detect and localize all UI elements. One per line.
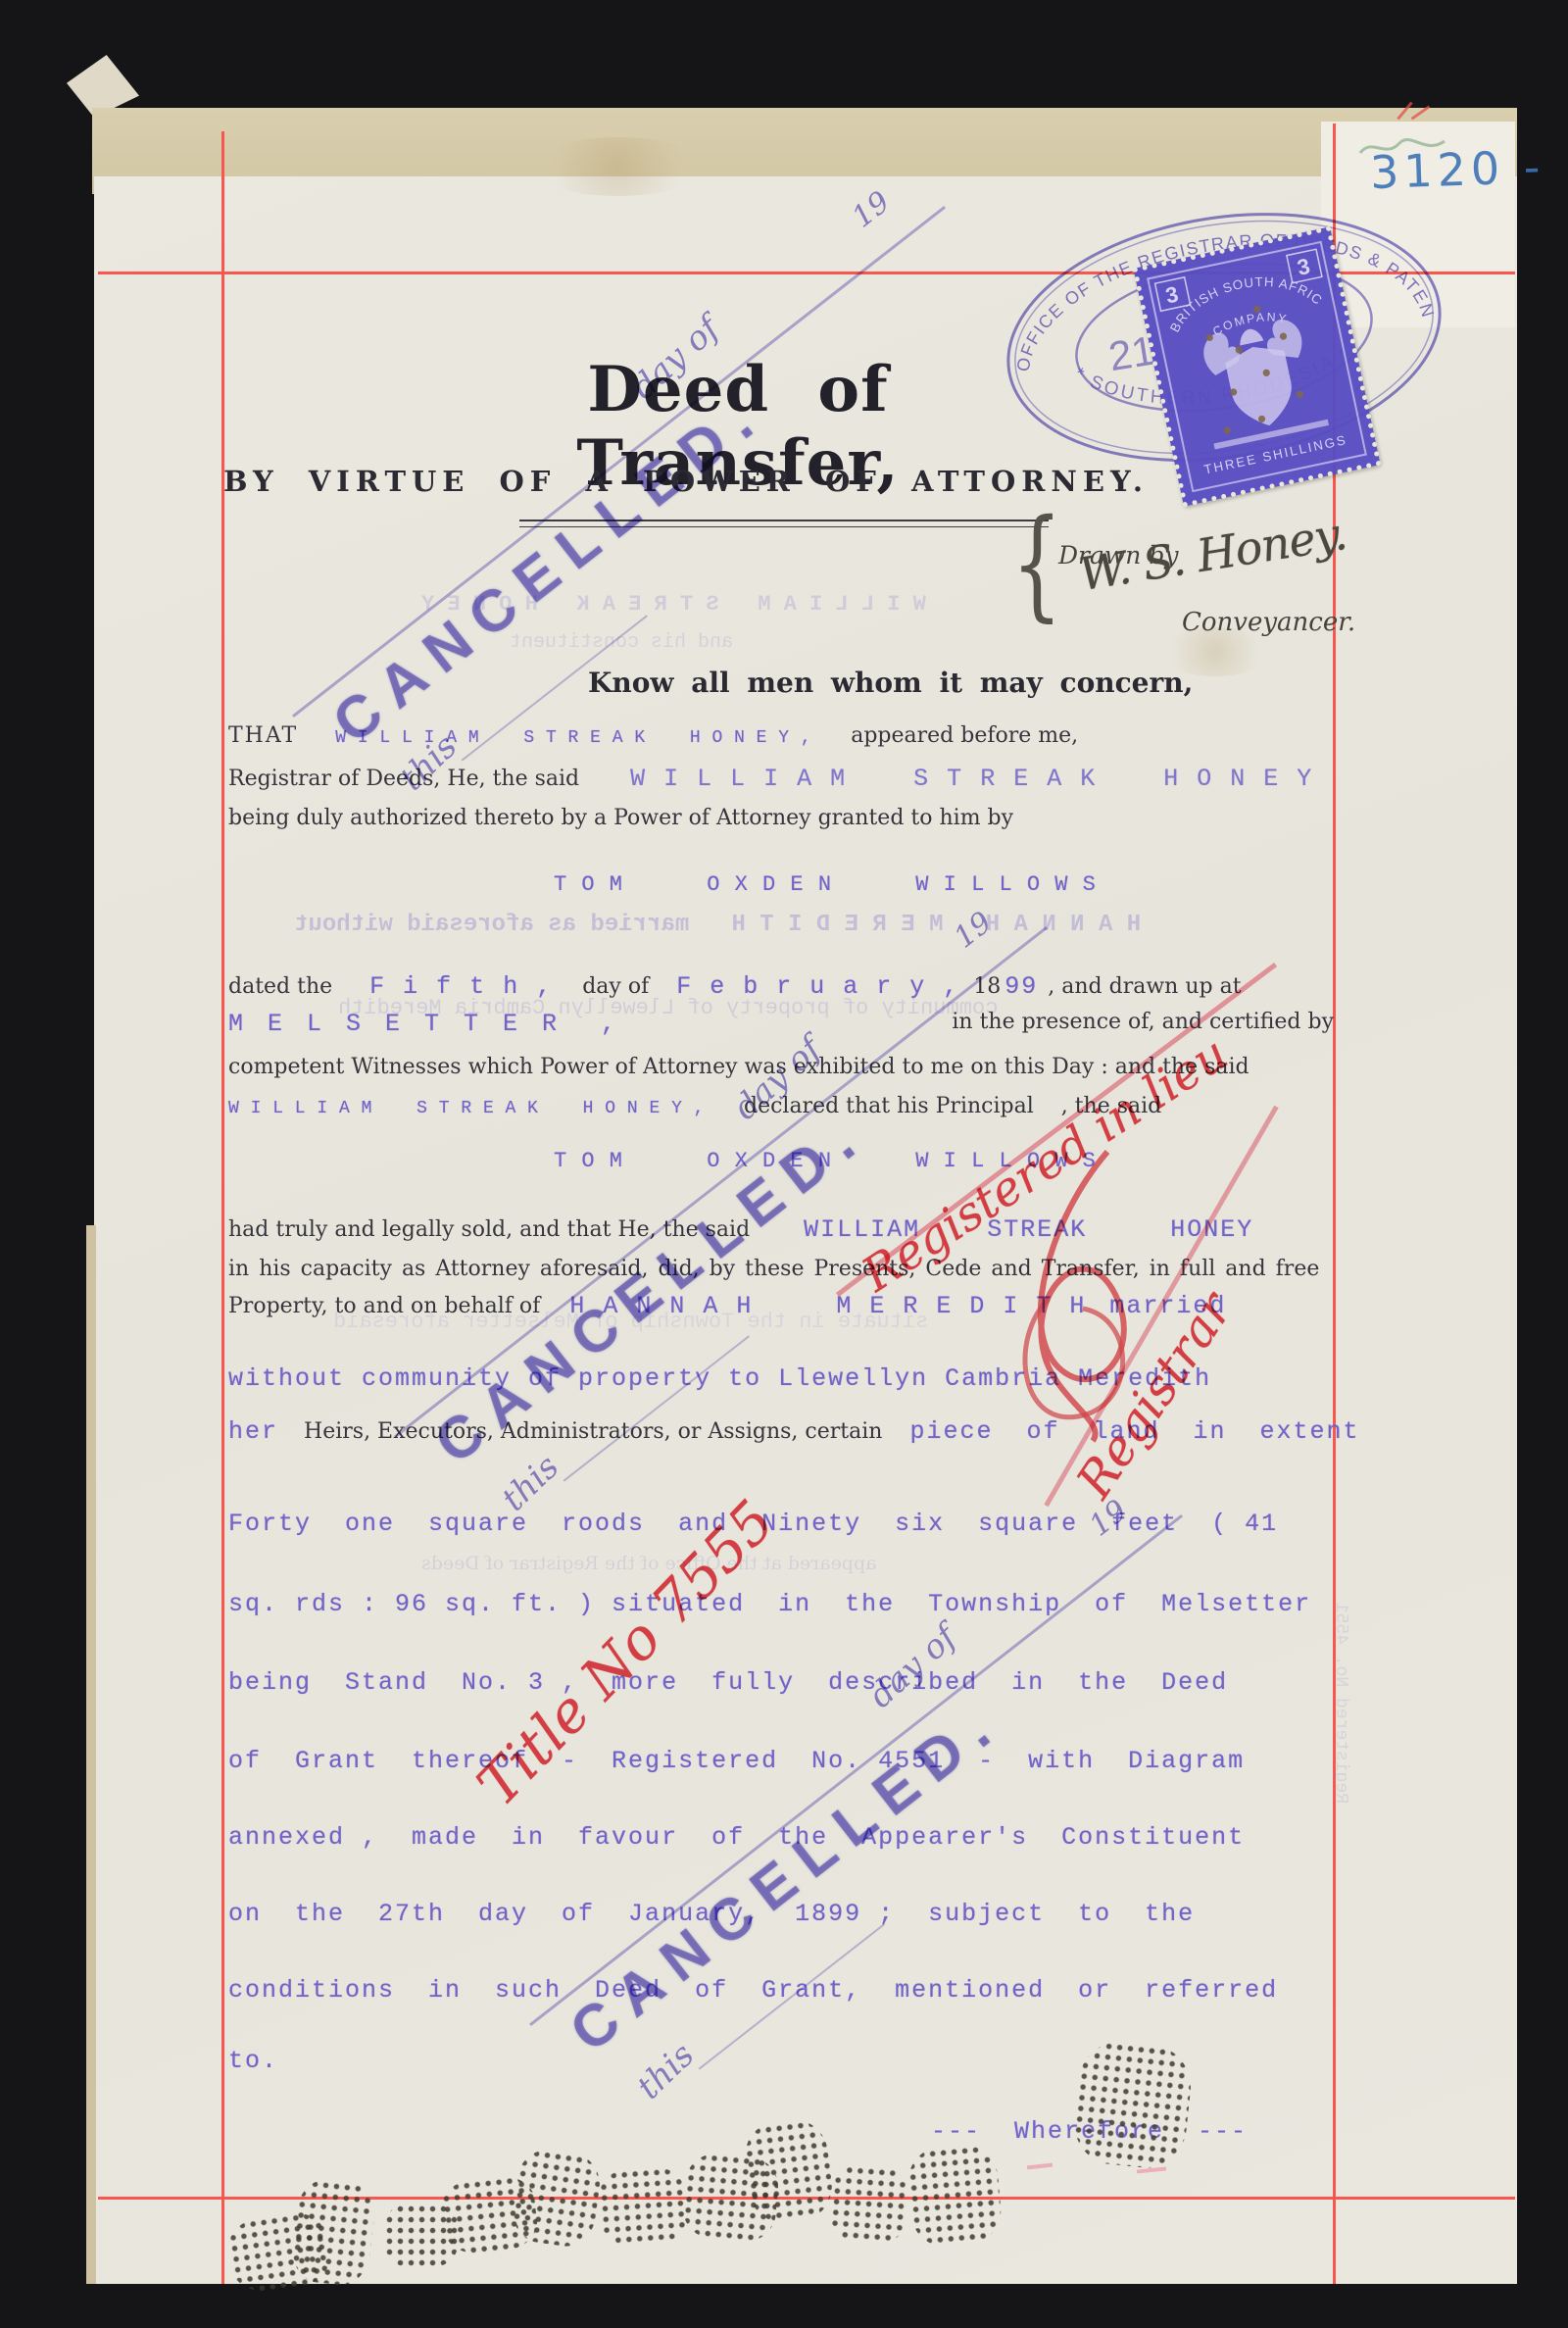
body-text: Property, to and on behalf of: [228, 1294, 540, 1318]
perforation-cluster: [597, 2165, 688, 2248]
body-line: conditions in such Deed of Grant, mentio…: [228, 1976, 1278, 2005]
typed-text: on the 27th day of January, 1899 ; subje…: [228, 1900, 1195, 1928]
conveyancer-label: Conveyancer.: [1182, 608, 1355, 637]
body-line: T O M O X D E N W I L L O W S: [554, 872, 1097, 897]
typed-name: T O M O X D E N W I L L O W S: [554, 872, 1097, 897]
typed-text: M E L S E T T E R ,: [228, 1010, 620, 1038]
typed-text: to.: [228, 2047, 278, 2075]
body-line: of Grant thereof - Registered No. 4551 -…: [228, 1747, 1245, 1775]
body-text: , and drawn up at: [1048, 974, 1241, 999]
arms-crest: [1237, 326, 1263, 345]
body-line: sq. rds : 96 sq. ft. ) situated in the T…: [228, 1590, 1311, 1618]
bleed-through-text: Registered No. 4551: [1331, 1603, 1350, 1804]
body-text: day of: [582, 974, 649, 999]
body-text: Registrar of Deeds, He, the said: [228, 767, 579, 791]
body-text: had truly and legally sold, and that He,…: [228, 1217, 750, 1242]
red-signature-flourish: [990, 1142, 1245, 1456]
perforation-cluster: [828, 2163, 909, 2245]
typed-name: W I L L I A M S T R E A K H O N E Y ,: [228, 1099, 705, 1118]
typed-text: annexed , made in favour of the Appearer…: [228, 1823, 1245, 1852]
typed-text: 99: [1004, 972, 1038, 1001]
body-line: M E L S E T T E R ,in the presence of, a…: [228, 1010, 1334, 1038]
body-text: competent Witnesses which Power of Attor…: [228, 1055, 1249, 1079]
body-line: being Stand No. 3 , more fully described…: [228, 1668, 1228, 1697]
body-text: being duly authorized thereto by a Power…: [228, 806, 1013, 830]
stamp-value-text: THREE SHILLINGS: [1202, 432, 1348, 477]
typed-text: conditions in such Deed of Grant, mentio…: [228, 1976, 1278, 2005]
body-line: W I L L I A M S T R E A K H O N E Y ,dec…: [228, 1094, 1161, 1118]
body-line: THATW I L L I A M S T R E A K H O N E Y …: [228, 723, 1078, 748]
body-line: being duly authorized thereto by a Power…: [228, 806, 1013, 830]
green-scribble: [1358, 131, 1448, 165]
bleed-through-text: W I L L I A M S T R E A K H O N E Y: [421, 592, 926, 617]
typed-text: her: [228, 1417, 278, 1446]
paper-stain: [529, 137, 706, 196]
typed-name: W I L L I A M S T R E A K H O N E Y ,: [335, 728, 811, 748]
typed-text: F i f t h ,: [369, 972, 553, 1001]
body-line: dated theF i f t h ,day ofF e b r u a r …: [228, 972, 1242, 1001]
body-line: on the 27th day of January, 1899 ; subje…: [228, 1900, 1195, 1928]
svg-text:3: 3: [1295, 254, 1311, 280]
perforation-cluster: [1070, 2038, 1195, 2171]
brace-glyph: {: [1011, 494, 1062, 634]
page-left-edge: [86, 1225, 96, 2284]
body-line: annexed , made in favour of the Appearer…: [228, 1823, 1245, 1852]
bleed-through-text: and his constituent: [510, 631, 733, 654]
salutation: Know all men whom it may concern,: [588, 667, 1193, 699]
perforation-cluster: [906, 2143, 1004, 2249]
body-text: dated the: [228, 974, 332, 999]
double-rule: [519, 520, 1049, 527]
body-line: competent Witnesses which Power of Attor…: [228, 1055, 1249, 1079]
bleed-through-text: appeared at the Office of the Registrar …: [421, 1553, 877, 1574]
body-text: THAT: [228, 723, 298, 748]
body-line: Registrar of Deeds, He, the saidW I L L …: [228, 765, 1313, 793]
typed-text: sq. rds : 96 sq. ft. ) situated in the T…: [228, 1590, 1311, 1618]
perforation-cluster: [741, 2117, 836, 2225]
margin-rule-left: [221, 131, 224, 2284]
bleed-through-text: H A N N A H M E R E D I T H married as a…: [294, 912, 1141, 938]
body-line: to.: [228, 2047, 278, 2075]
typed-text: F e b r u a r y ,: [676, 972, 959, 1001]
typed-text: of Grant thereof - Registered No. 4551 -…: [228, 1747, 1245, 1775]
typed-name: W I L L I A M S T R E A K H O N E Y: [630, 765, 1313, 793]
body-text: 18: [973, 974, 1001, 999]
typed-text: being Stand No. 3 , more fully described…: [228, 1668, 1228, 1697]
stamp-denomination: 3: [1163, 281, 1180, 308]
body-text: appeared before me,: [851, 723, 1078, 748]
document-scan: 3120 - W I L L I A M S T R E A K H O N E…: [0, 0, 1568, 2328]
